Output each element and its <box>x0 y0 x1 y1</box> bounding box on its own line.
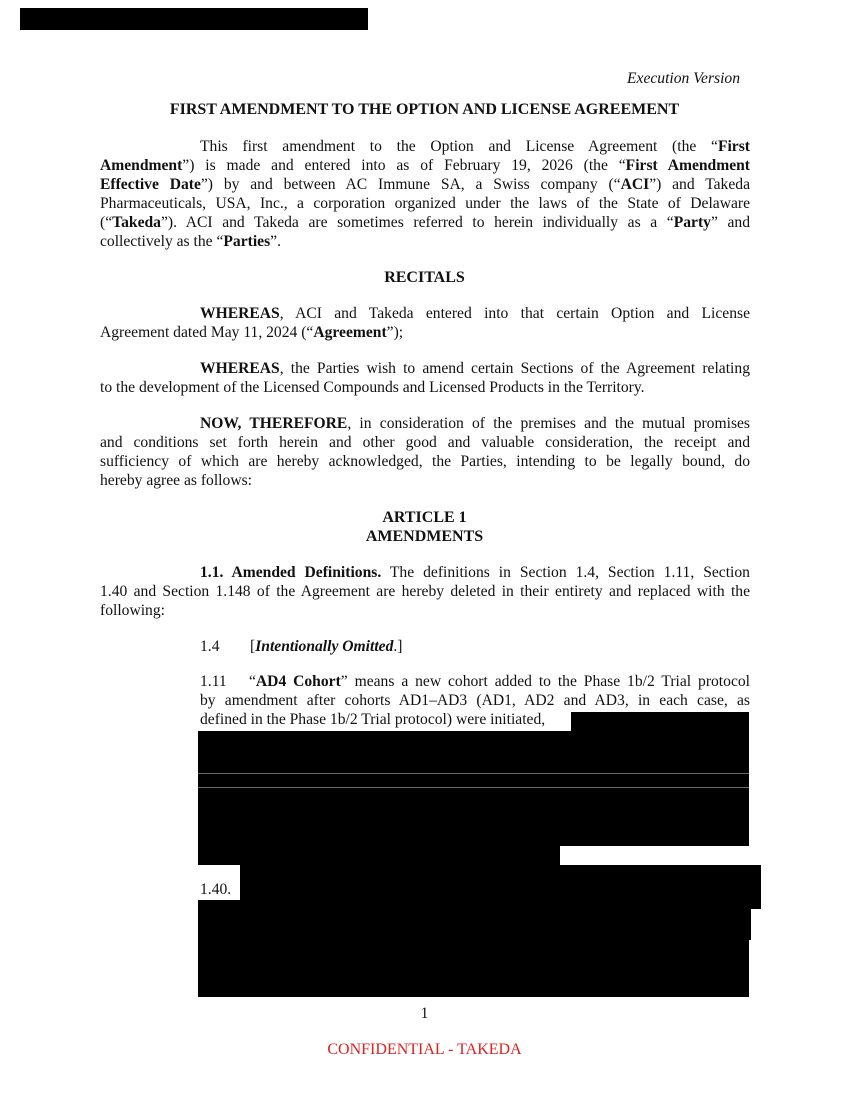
redaction-block <box>198 900 240 909</box>
intro-line-5: (“Takeda”). ACI and Takeda are sometimes… <box>100 213 750 232</box>
definition-1-11-line-2: by amendment after cohorts AD1–AD3 (AD1,… <box>200 691 750 710</box>
redaction-block <box>198 846 560 865</box>
intro-line-4: Pharmaceuticals, USA, Inc., a corporatio… <box>100 194 750 213</box>
redaction-block <box>198 788 749 846</box>
whereas-1-line-1: WHEREAS, ACI and Takeda entered into tha… <box>200 304 750 323</box>
intro-line-6: collectively as the “Parties”. <box>100 232 281 251</box>
now-line-3: sufficiency of which are hereby acknowle… <box>100 452 750 471</box>
definition-1-4-text: [Intentionally Omitted.] <box>250 637 403 656</box>
whereas-2-line-1: WHEREAS, the Parties wish to amend certa… <box>200 359 750 378</box>
redaction-block <box>198 940 749 997</box>
recitals-heading: RECITALS <box>0 268 849 287</box>
redaction-bar-header <box>20 8 368 30</box>
section-1-1-line-3: following: <box>100 601 165 620</box>
article-number: ARTICLE 1 <box>0 508 849 527</box>
redaction-block <box>240 865 761 909</box>
redaction-block <box>571 712 749 731</box>
section-1-1-line-2: 1.40 and Section 1.148 of the Agreement … <box>100 582 750 601</box>
whereas-2-line-2: to the development of the Licensed Compo… <box>100 378 645 397</box>
redaction-block <box>198 909 751 940</box>
whereas-1-line-2: Agreement dated May 11, 2024 (“Agreement… <box>100 323 403 342</box>
document-title: FIRST AMENDMENT TO THE OPTION AND LICENS… <box>0 100 849 119</box>
now-line-1: NOW, THEREFORE, in consideration of the … <box>200 414 750 433</box>
article-name: AMENDMENTS <box>0 527 849 546</box>
definition-1-11-line-1: “AD4 Cohort” means a new cohort added to… <box>249 672 750 691</box>
confidential-footer: CONFIDENTIAL - TAKEDA <box>0 1040 849 1059</box>
intro-line-1: This first amendment to the Option and L… <box>200 137 750 156</box>
definition-1-4-number: 1.4 <box>200 637 220 656</box>
now-line-4: hereby agree as follows: <box>100 471 252 490</box>
page-number: 1 <box>0 1004 849 1023</box>
now-line-2: and conditions set forth herein and othe… <box>100 433 750 452</box>
redaction-block <box>198 774 749 787</box>
execution-version-label: Execution Version <box>627 69 740 88</box>
redaction-block <box>198 731 749 773</box>
definition-1-40-number: 1.40. <box>200 880 231 899</box>
definition-1-11-number: 1.11 <box>200 672 227 691</box>
intro-line-2: Amendment”) is made and entered into as … <box>100 156 750 175</box>
definition-1-11-line-3: defined in the Phase 1b/2 Trial protocol… <box>200 710 545 729</box>
intro-line-3: Effective Date”) by and between AC Immun… <box>100 175 750 194</box>
section-1-1-line-1: 1.1. Amended Definitions. The definition… <box>200 563 750 582</box>
